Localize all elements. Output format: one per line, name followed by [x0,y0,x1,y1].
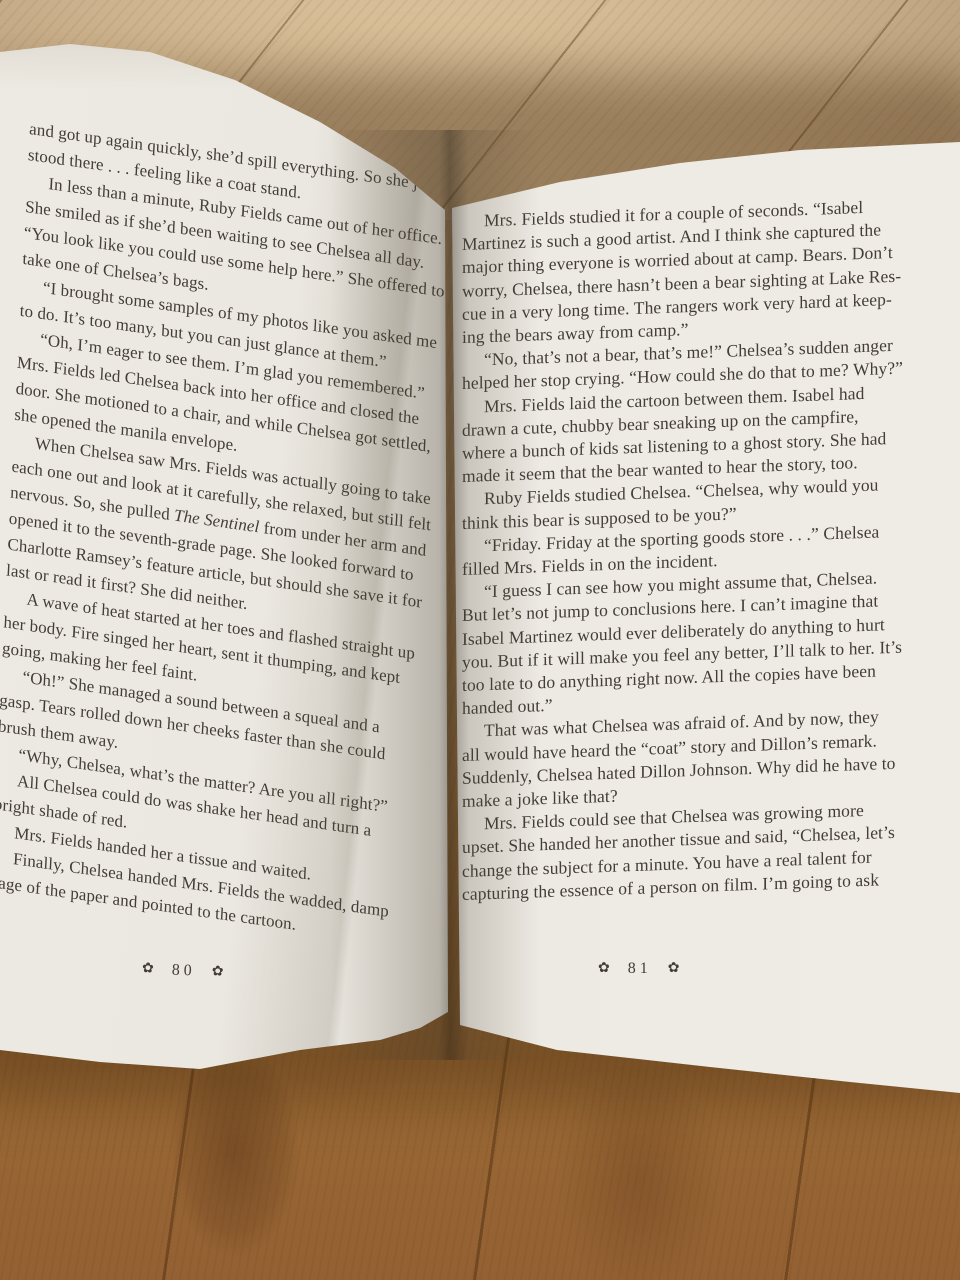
flower-ornament: ✿ [142,961,156,977]
left-page-text: and got up again quickly, she’d spill ev… [0,116,505,962]
page-number: 80 [155,961,212,980]
page-footer-left: ✿80✿ [142,960,226,982]
flower-ornament: ✿ [211,964,225,980]
photo-of-open-book: and got up again quickly, she’d spill ev… [0,0,960,1280]
page-footer-right: ✿81✿ [598,960,681,978]
right-page-text: Mrs. Fields studied it for a couple of s… [462,193,960,907]
page-number: 81 [612,960,668,977]
flower-ornament: ✿ [598,961,612,976]
flower-ornament: ✿ [668,961,682,976]
